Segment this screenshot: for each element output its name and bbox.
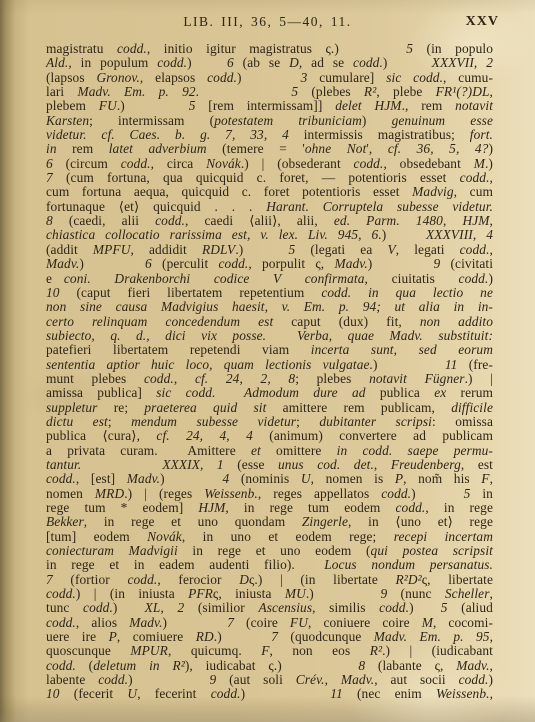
- text-line: videtur. cf. Caes. b. g. 7, 33, 4 interm…: [46, 128, 493, 142]
- text-line: (lapsos Gronov., elapsos codd.) 3 cumula…: [46, 71, 493, 85]
- text-line: 6 (circum codd., circa Novák.) | (obsede…: [46, 157, 493, 171]
- text-line: (addit MPFU, addidit RDLV.) 5 (legati ea…: [46, 243, 493, 257]
- text-line: 7 (fortior codd., ferocior Dς.) | (in li…: [46, 573, 493, 587]
- text-line: 10 (fecerit U, fecerint codd.) 11 (nec e…: [46, 687, 493, 701]
- text-line: Bekker, in rege et uno quondam Zingerle,…: [46, 515, 493, 529]
- text-line: dictu est; mendum subesse videtur; dubit…: [46, 415, 493, 429]
- text-line: magistratu codd., initio igitur magistra…: [46, 42, 493, 56]
- text-line: codd., [est] Madv.) 4 (nominis U, nomen …: [46, 472, 493, 486]
- text-line: in rege et in eadem audenti filio). Locu…: [46, 558, 493, 572]
- text-line: plebem FU.) 5 [rem intermissam]] delet H…: [46, 99, 493, 113]
- text-line: fortunaque ⟨et⟩ quicquid . . . Harant. C…: [46, 200, 493, 214]
- text-line: codd., alios Madv.) 7 (coire FU, coniuer…: [46, 616, 493, 630]
- text-line: a privata curam. Amittere et omittere in…: [46, 444, 493, 458]
- text-line: rege tum * eodem] HJM, in rege tum eodem…: [46, 501, 493, 515]
- text-line: tunc codd.) XL, 2 (similior Ascensius, s…: [46, 601, 493, 615]
- text-line: codd. (deletum in R²), iudicabat ς.) 8 (…: [46, 659, 493, 673]
- text-line: 10 (caput fieri libertatem repetentium c…: [46, 286, 493, 300]
- text-line: [tum] eodem Novák, in uno et eodem rege;…: [46, 530, 493, 544]
- text-line: lari Madv. Em. p. 92. 5 (plebes R², pleb…: [46, 85, 493, 99]
- text-line: in rem latet adverbium (temere = 'ohne N…: [46, 142, 493, 156]
- text-line: quoscunque MPUR, quicumq. F, non eos R².…: [46, 644, 493, 658]
- text-line: labente codd.) 9 (aut soli Crév., Madv.,…: [46, 673, 493, 687]
- running-header: LIB. III, 36, 5—40, 11. XXV: [0, 14, 535, 34]
- text-line: Madv.) 6 (perculit codd., porpulit ς, Ma…: [46, 257, 493, 271]
- text-line: nomen MRD.) | (reges Weissenb., reges ap…: [46, 487, 493, 501]
- text-line: cum fortuna aequa, quicquid c. foret pot…: [46, 185, 493, 199]
- text-line: e coni. Drakenborchi codice V confirmata…: [46, 272, 493, 286]
- text-line: Ald., in populum codd.) 6 (ab se D, ad s…: [46, 56, 493, 70]
- text-line: 7 (cum fortuna, qua quicquid c. foret, —…: [46, 171, 493, 185]
- text-line: certo relinquam concedendum est caput (d…: [46, 315, 493, 329]
- text-line: patefieri libertatem repetendi viam ince…: [46, 343, 493, 357]
- text-line: non sine causa Madvigius haesit, v. Em. …: [46, 300, 493, 314]
- text-line: codd.) | (in iniusta PFRς, iniusta MU.) …: [46, 587, 493, 601]
- text-line: subiecto, q. d., dici vix posse. Verba, …: [46, 329, 493, 343]
- text-line: chiastica collocatio rarissima est, v. l…: [46, 228, 493, 242]
- text-line: uere ire P, comiuere RD.) 7 (quodcunque …: [46, 630, 493, 644]
- page-number: XXV: [466, 14, 499, 30]
- text-line: sententia aptior huic loco, quam lection…: [46, 358, 493, 372]
- text-line: suppletur re; praeterea quid sit amitter…: [46, 401, 493, 415]
- page-body: magistratu codd., initio igitur magistra…: [46, 42, 493, 702]
- running-title: LIB. III, 36, 5—40, 11.: [0, 14, 535, 30]
- scanned-book-page: LIB. III, 36, 5—40, 11. XXV magistratu c…: [0, 0, 535, 722]
- text-line: munt plebes codd., cf. 24, 2, 8; plebes …: [46, 372, 493, 386]
- text-line: tantur. XXXIX, 1 (esse unus cod. det., F…: [46, 458, 493, 472]
- text-line: Karsten; intermissam (potestatem tribuni…: [46, 114, 493, 128]
- text-line: amissa publica] sic codd. Admodum dure a…: [46, 386, 493, 400]
- text-line: coniecturam Madvigii in rege et uno eode…: [46, 544, 493, 558]
- text-line: publica ⟨cura⟩, cf. 24, 4, 4 (animum) co…: [46, 429, 493, 443]
- text-line: 8 (caedi, alii codd., caedi ⟨alii⟩, alii…: [46, 214, 493, 228]
